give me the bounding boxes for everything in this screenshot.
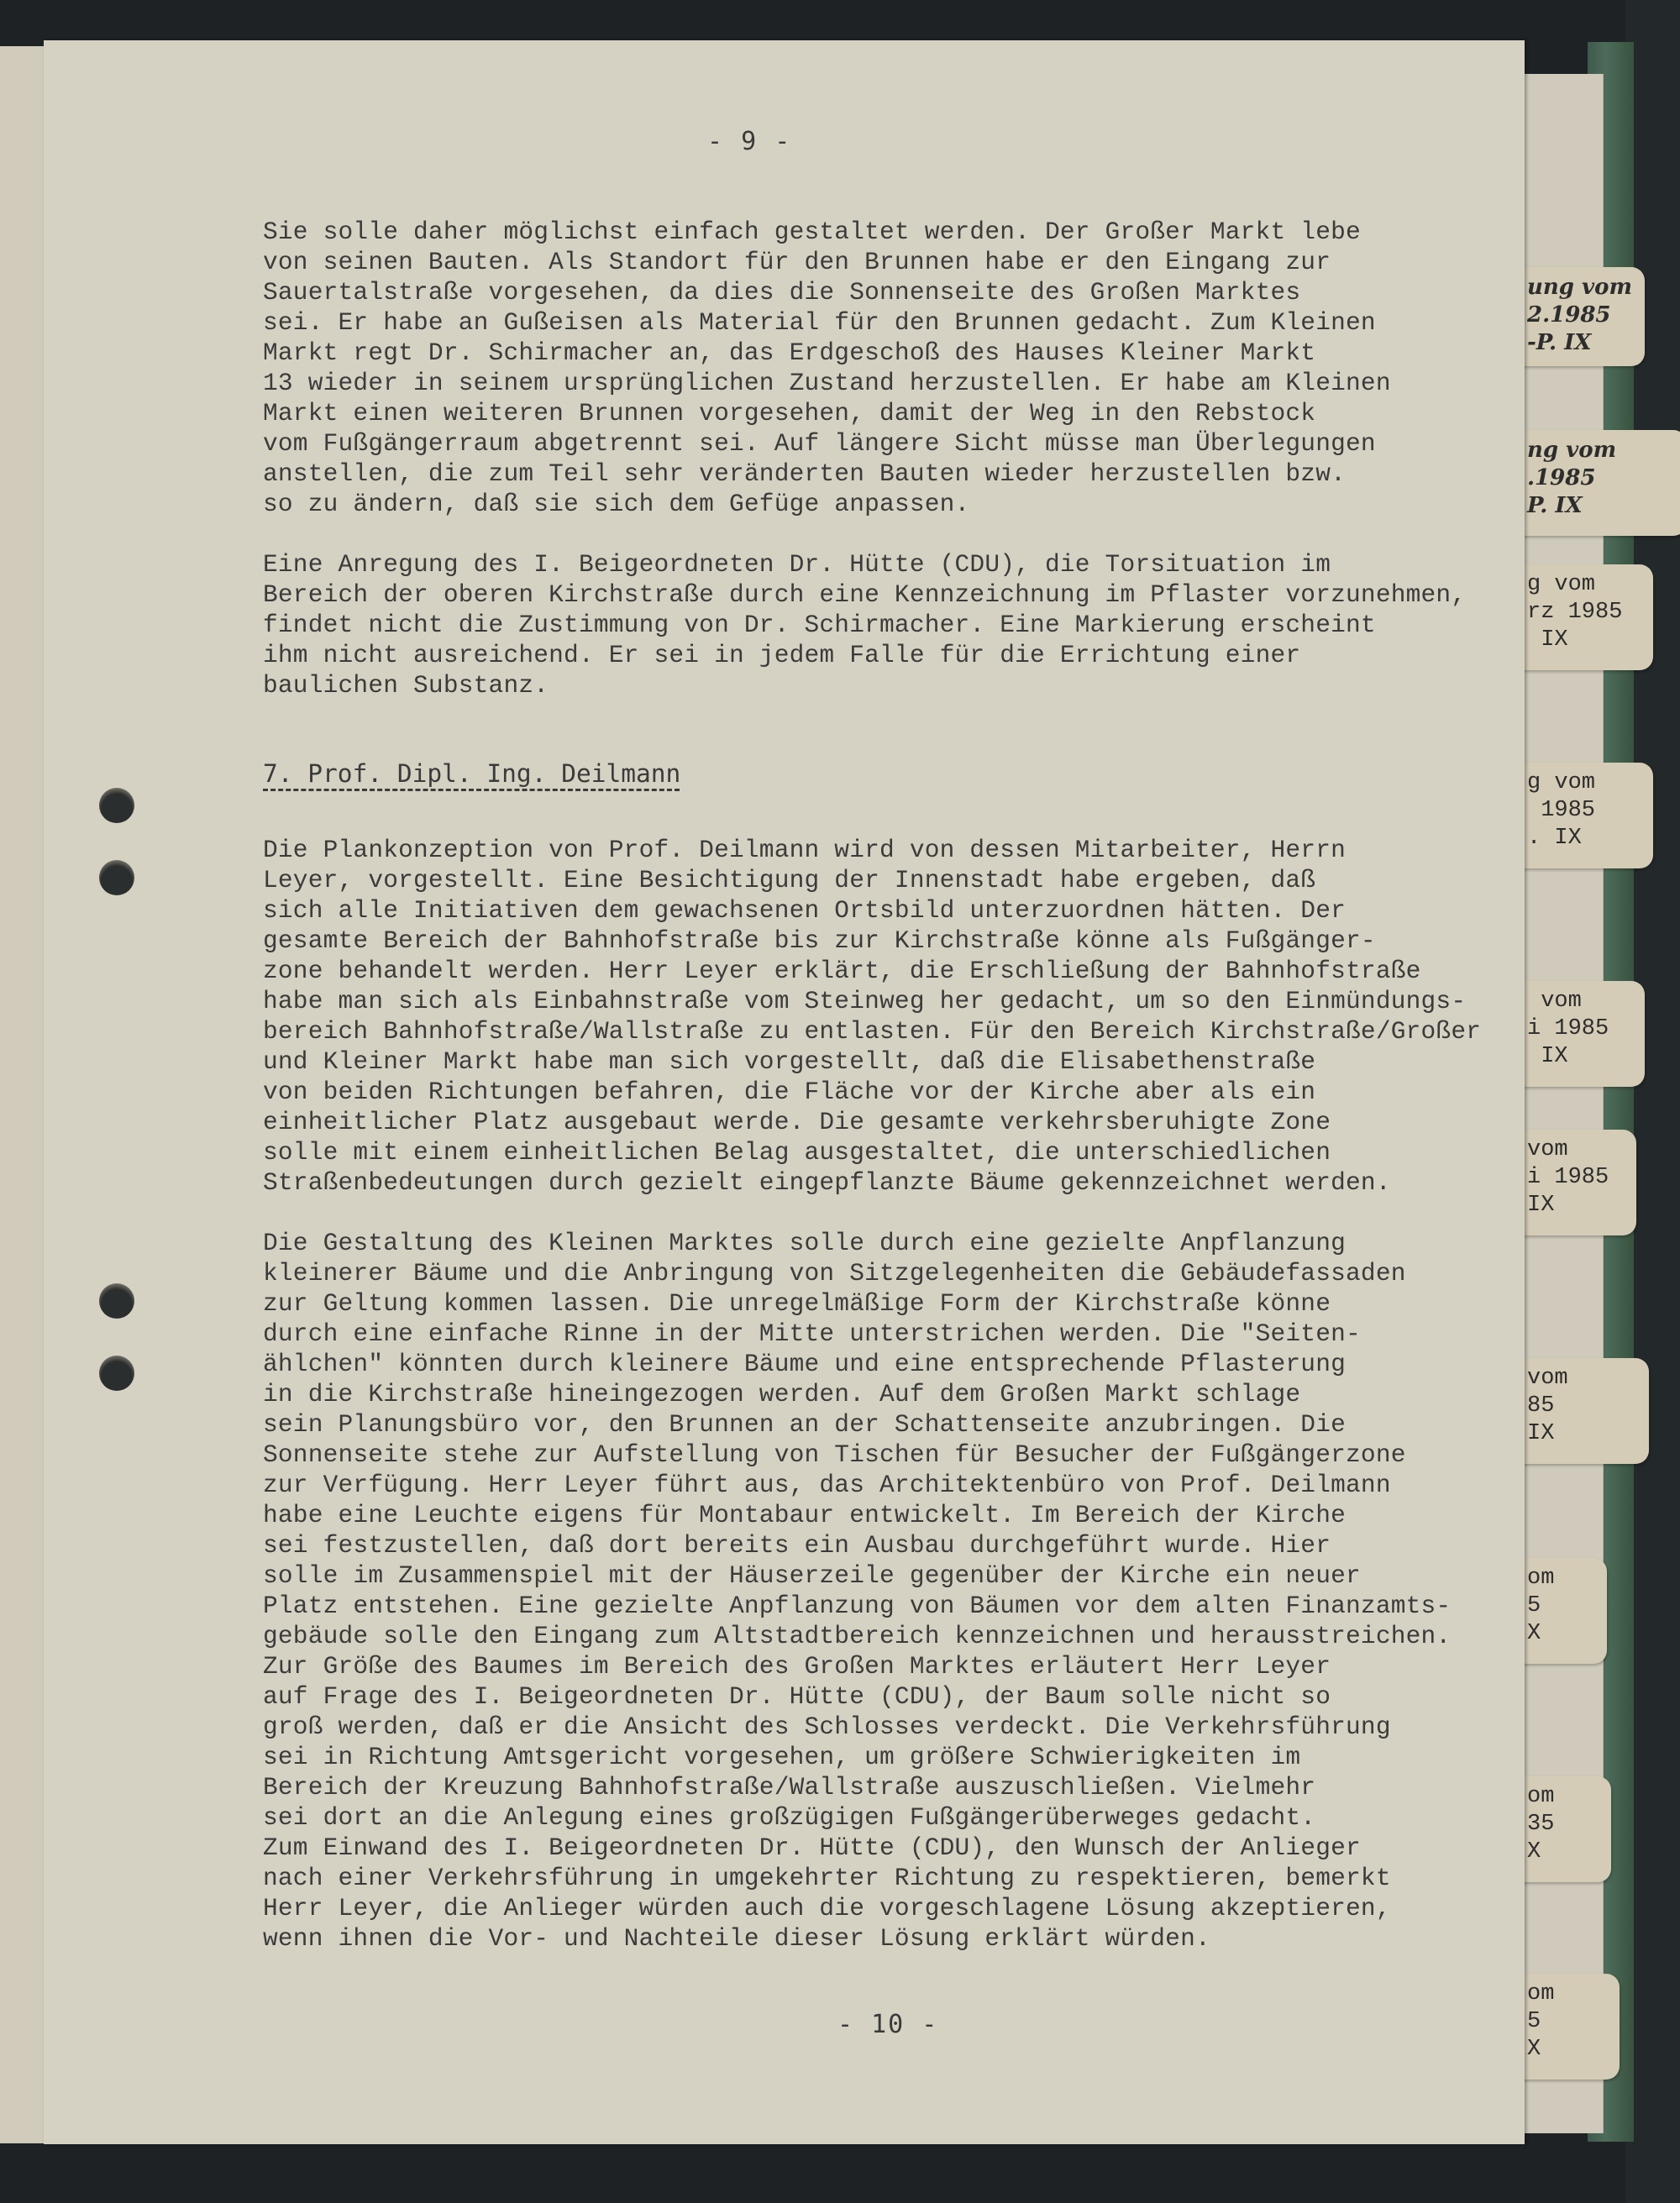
punch-hole (99, 860, 134, 895)
index-tab[interactable]: g vom 1985 . IX (1504, 763, 1653, 868)
page-number-bottom: - 10 - (837, 2010, 938, 2039)
index-tab[interactable]: g vom rz 1985 IX (1504, 564, 1653, 670)
paragraph: Eine Anregung des I. Beigeordneten Dr. H… (263, 549, 1466, 700)
index-tab[interactable]: vom i 1985 IX (1504, 981, 1645, 1087)
punch-hole (99, 1356, 134, 1391)
paragraph: Die Gestaltung des Kleinen Marktes solle… (263, 1228, 1451, 1954)
paragraph: Die Plankonzeption von Prof. Deilmann wi… (263, 835, 1481, 1198)
punch-hole (99, 788, 134, 823)
document-page: - 9 - Sie solle daher möglichst einfach … (44, 40, 1525, 2144)
heading-underline (263, 789, 680, 791)
page-number-top: - 9 - (707, 127, 791, 156)
previous-page-edge (0, 46, 45, 2143)
index-tab[interactable]: vom 85 IX (1504, 1358, 1649, 1464)
punch-hole (99, 1283, 134, 1319)
index-tab[interactable]: ung vom 2.1985 -P. IX (1504, 267, 1645, 366)
section-heading: 7. Prof. Dipl. Ing. Deilmann (263, 759, 680, 788)
index-tab[interactable]: ng vom .1985 P. IX (1504, 430, 1680, 536)
paragraph: Sie solle daher möglichst einfach gestal… (263, 217, 1391, 519)
